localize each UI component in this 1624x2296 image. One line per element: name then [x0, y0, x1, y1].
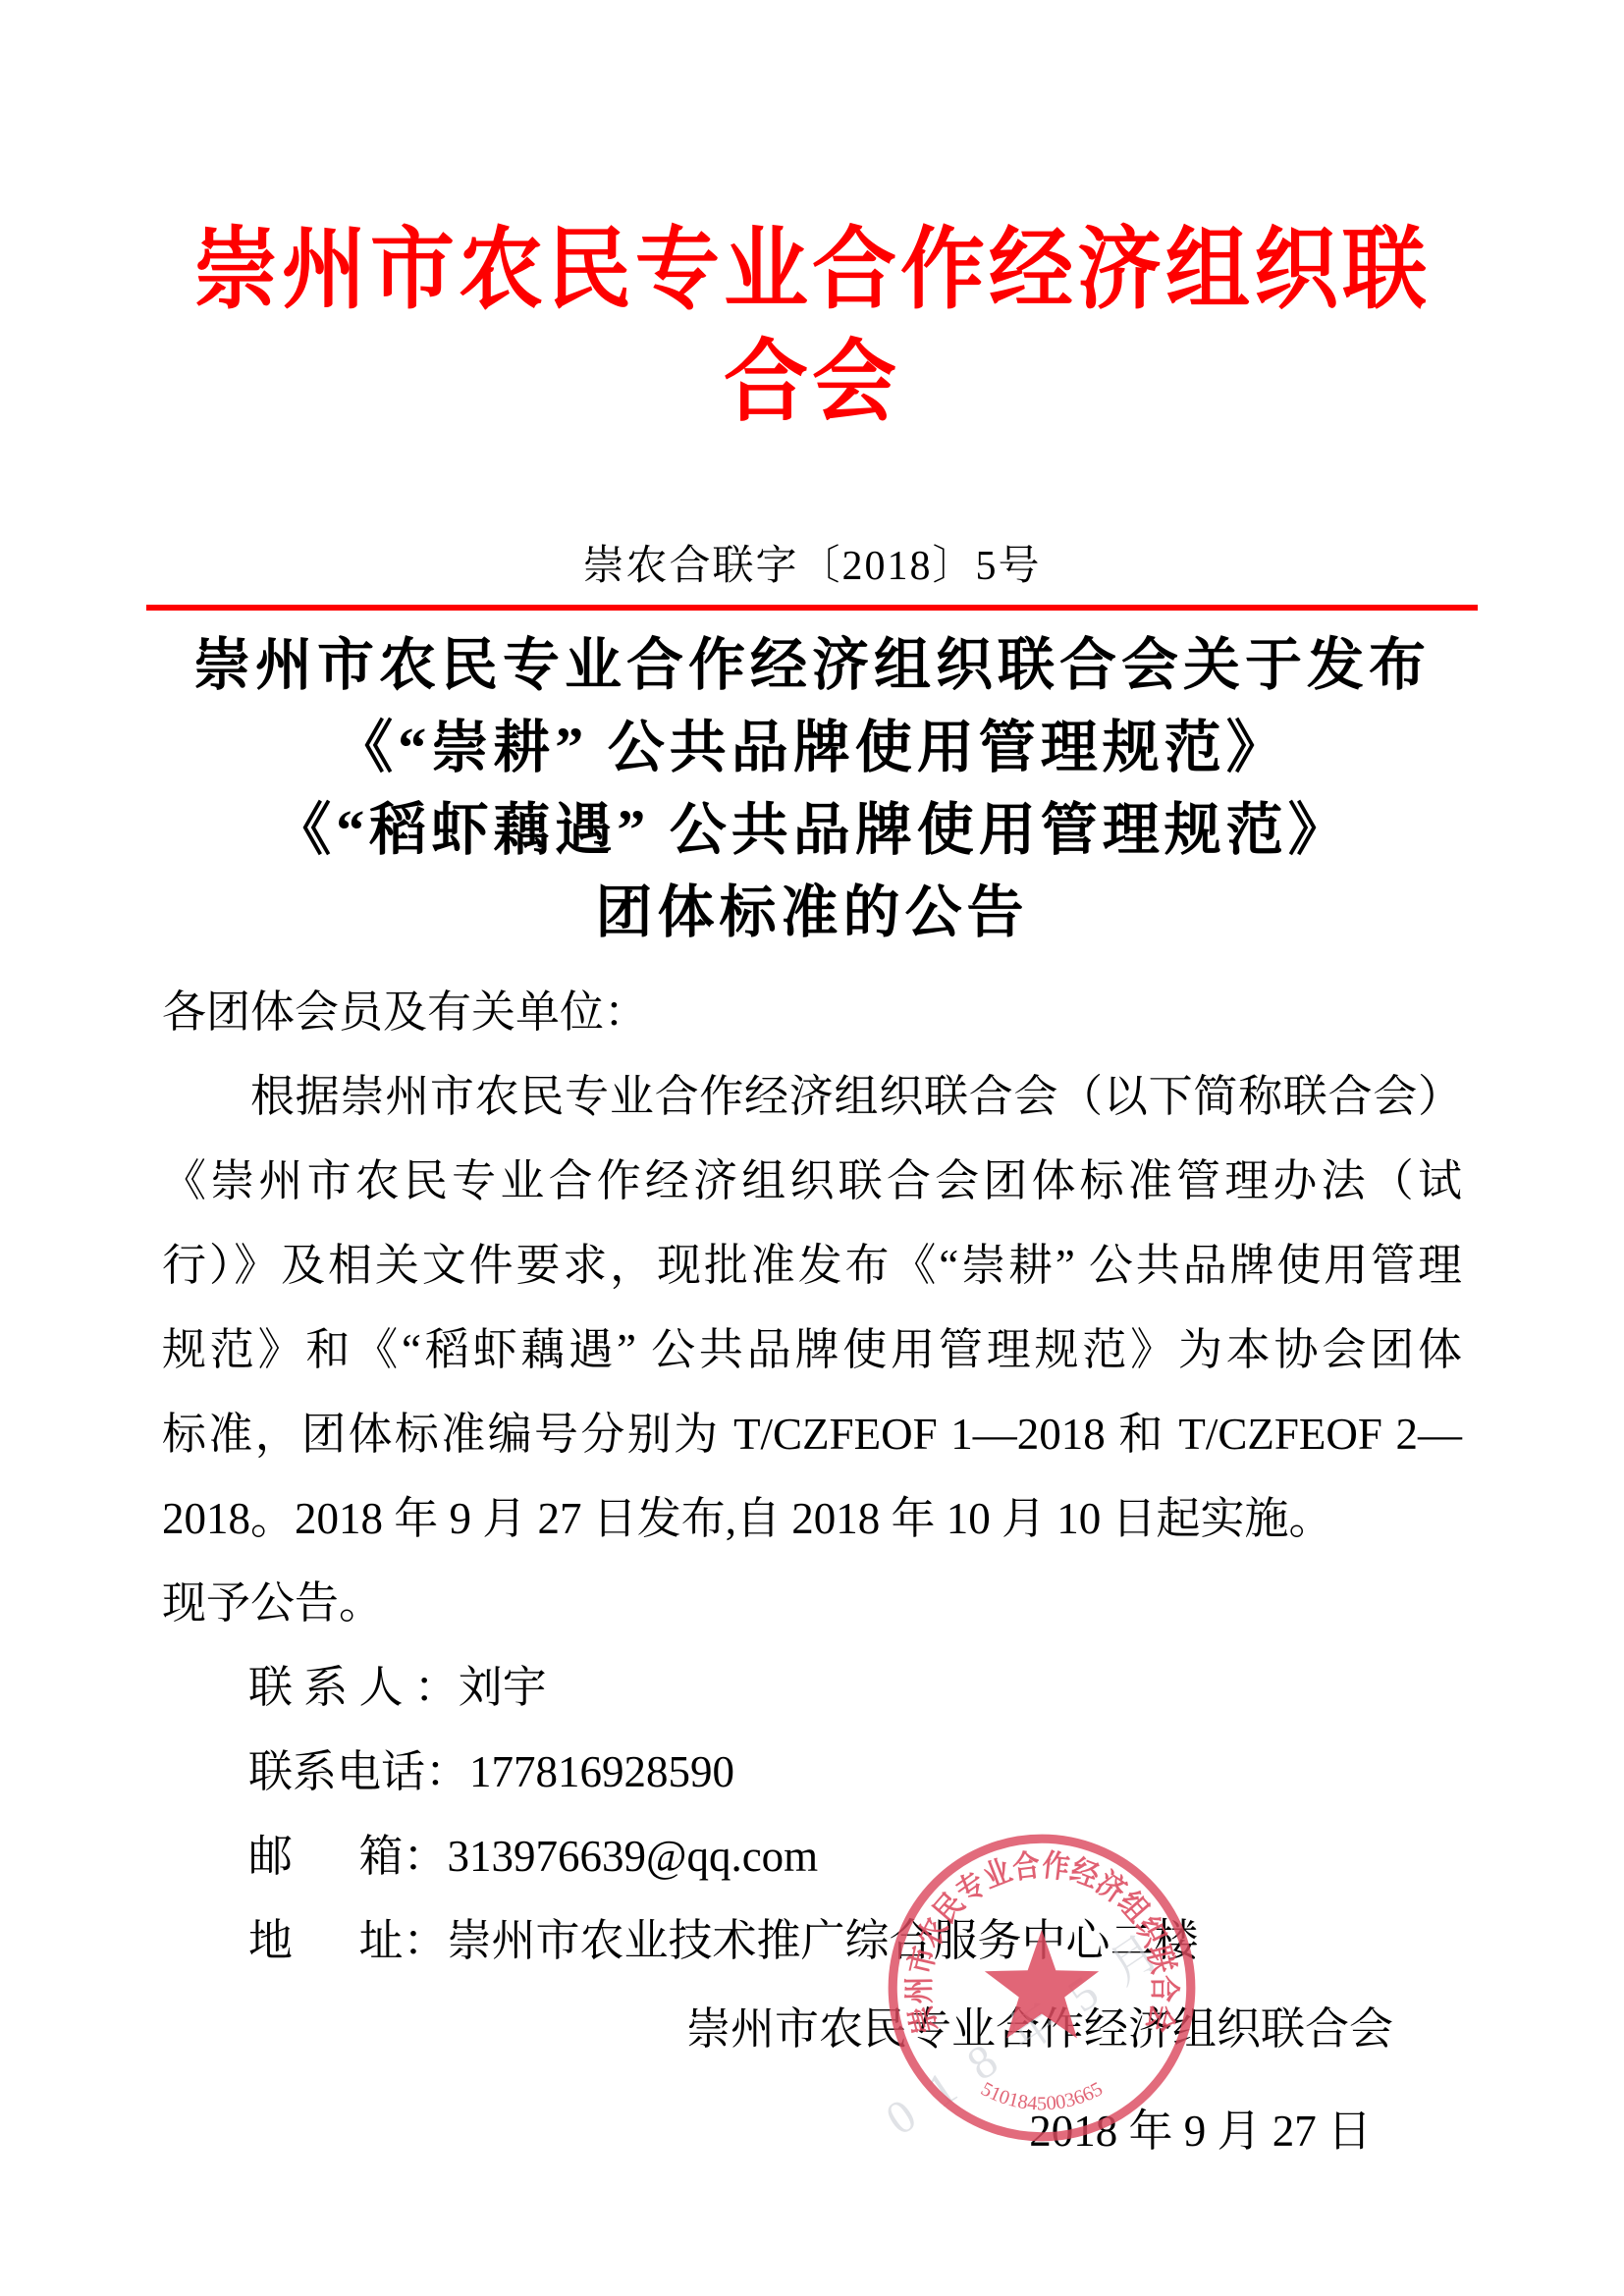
- title-line-4: 团体标准的公告: [162, 872, 1462, 954]
- signature-date: 2018 年 9 月 27 日: [162, 2101, 1462, 2162]
- contact-address-label: 地 址：: [248, 1916, 448, 1965]
- body-line: 标准，团体标准编号分别为 T/CZFEOF 1—2018 和 T/CZFEOF …: [162, 1392, 1462, 1476]
- body-line: 行）》及相关文件要求，现批准发布《“崇耕” 公共品牌使用管理: [162, 1223, 1462, 1308]
- contact-person-value: 刘宇: [459, 1663, 547, 1712]
- contact-email-label: 邮 箱：: [248, 1832, 448, 1881]
- contact-phone-label: 联系电话：: [248, 1747, 469, 1796]
- document-page: 崇州市农民专业合作经济组织联合会 崇农合联字〔2018〕5号 崇州市农民专业合作…: [0, 0, 1624, 2296]
- masthead-org-title: 崇州市农民专业合作经济组织联合会: [162, 215, 1462, 439]
- title-line-1: 崇州市农民专业合作经济组织联合会关于发布: [162, 624, 1462, 707]
- document-number: 崇农合联字〔2018〕5号: [162, 542, 1462, 591]
- contact-person-label: 联 系 人 ：: [248, 1663, 459, 1712]
- body-line: 2018。2018 年 9 月 27 日发布,自 2018 年 10 月 10 …: [162, 1476, 1462, 1561]
- title-line-3: 《“稻虾藕遇” 公共品牌使用管理规范》: [162, 789, 1462, 872]
- contact-email-row: 邮 箱：313976639@qq.com: [248, 1814, 1462, 1898]
- contact-email-value: 313976639@qq.com: [448, 1832, 819, 1881]
- contact-address-row: 地 址：崇州市农业技术推广综合服务中心二楼: [248, 1898, 1462, 1983]
- body-line: 根据崇州市农民专业合作经济组织联合会（以下简称联合会）: [162, 1054, 1462, 1139]
- red-divider-rule: [146, 605, 1478, 611]
- body-line: 规范》和《“稻虾藕遇” 公共品牌使用管理规范》为本协会团体: [162, 1308, 1462, 1392]
- signature-org: 崇州市农民专业合作经济组织联合会: [162, 1999, 1462, 2059]
- closing-line: 现予公告。: [162, 1561, 1462, 1645]
- contact-info: 联 系 人 ：刘宇 联系电话：177816928590 邮 箱：31397663…: [248, 1645, 1462, 1983]
- contact-person-row: 联 系 人 ：刘宇: [248, 1645, 1462, 1730]
- announcement-body: 各团体会员及有关单位： 根据崇州市农民专业合作经济组织联合会（以下简称联合会） …: [162, 970, 1462, 1645]
- contact-phone-row: 联系电话：177816928590: [248, 1730, 1462, 1814]
- contact-phone-value: 177816928590: [469, 1747, 734, 1796]
- body-line: 《崇州市农民专业合作经济组织联合会团体标准管理办法（试: [162, 1139, 1462, 1223]
- title-line-2: 《“崇耕” 公共品牌使用管理规范》: [162, 707, 1462, 789]
- announcement-title: 崇州市农民专业合作经济组织联合会关于发布 《“崇耕” 公共品牌使用管理规范》 《…: [162, 624, 1462, 954]
- salutation: 各团体会员及有关单位：: [162, 970, 1462, 1054]
